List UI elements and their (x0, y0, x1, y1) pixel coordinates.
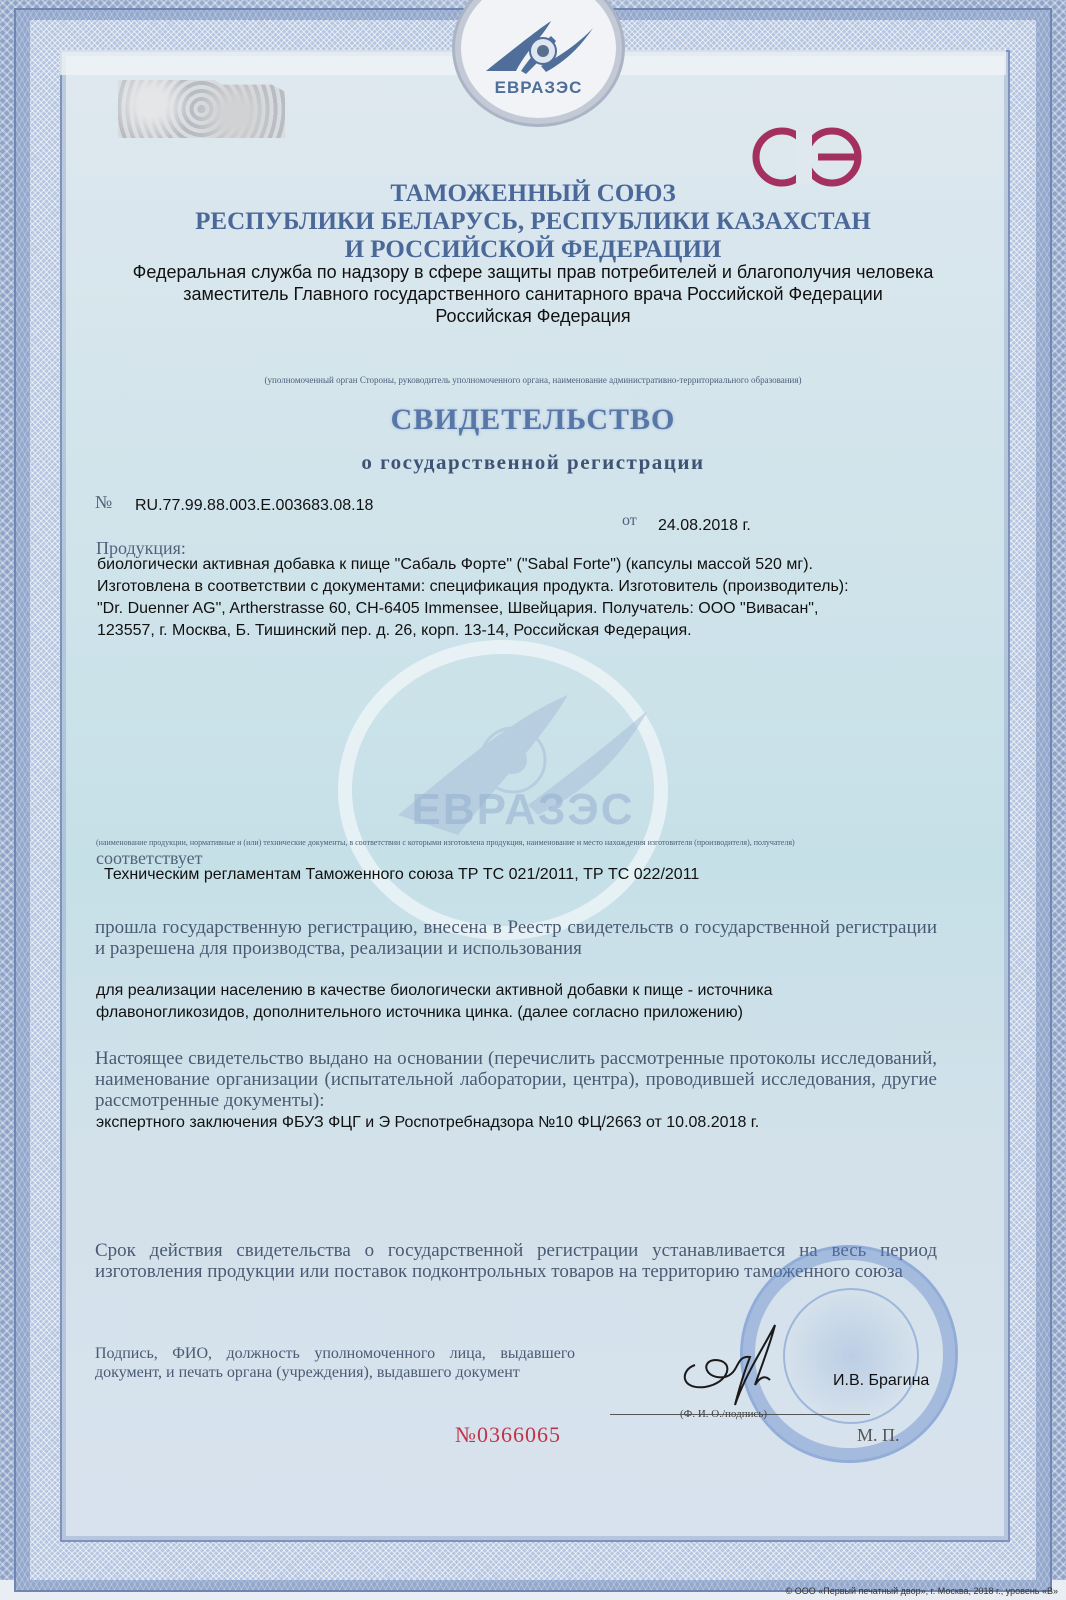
hologram-sticker (118, 80, 285, 138)
authority-line-1: Федеральная служба по надзору в сфере за… (60, 262, 1006, 283)
registration-number: RU.77.99.88.003.Е.003683.08.18 (135, 497, 373, 515)
printer-footer: © ООО «Первый печатный двор», г. Москва,… (786, 1586, 1058, 1596)
emblem-text: ЕВРАЗЭС (461, 78, 616, 98)
watermark-text: ЕВРАЗЭС (388, 785, 658, 835)
eurasec-logo-icon (481, 16, 596, 76)
product-line-2: Изготовлена в соответствии с документами… (97, 578, 849, 596)
signature-caption: Подпись, ФИО, должность уполномоченного … (95, 1344, 575, 1382)
authority-line-2: заместитель Главного государственного са… (60, 284, 1006, 305)
header-line-2: РЕСПУБЛИКИ БЕЛАРУСЬ, РЕСПУБЛИКИ КАЗАХСТА… (60, 208, 1006, 236)
header-line-1: ТАМОЖЕННЫЙ СОЮЗ (60, 180, 1006, 208)
document-title: СВИДЕТЕЛЬСТВО (60, 403, 1006, 437)
watermark-logo-icon (338, 655, 668, 885)
usage-line-2: флавоногликозидов, дополнительного источ… (96, 1004, 743, 1022)
usage-line-1: для реализации населению в качестве биол… (96, 982, 772, 1000)
stamp-label: М. П. (857, 1425, 900, 1446)
header-line-3: И РОССИЙСКОЙ ФЕДЕРАЦИИ (60, 236, 1006, 264)
authority-caption: (уполномоченный орган Стороны, руководит… (60, 375, 1006, 385)
document-subtitle: о государственной регистрации (60, 450, 1006, 475)
basis-paragraph: Настоящее свидетельство выдано на основа… (95, 1048, 937, 1111)
product-caption: (наименование продукции, нормативные и (… (96, 838, 795, 847)
signatory-name: И.В. Брагина (833, 1372, 929, 1390)
authority-line-3: Российская Федерация (60, 306, 1006, 327)
product-line-3: "Dr. Duenner AG", Artherstrasse 60, CH-6… (97, 600, 818, 618)
seal-eagle-icon (783, 1288, 919, 1424)
signature-icon (675, 1315, 795, 1415)
signature-line-caption: (Ф. И. О./подпись) (680, 1408, 767, 1420)
registration-paragraph: прошла государственную регистрацию, внес… (95, 917, 937, 959)
registration-date: 24.08.2018 г. (658, 517, 751, 535)
number-label: № (95, 492, 112, 513)
serial-number: №0366065 (455, 1422, 561, 1448)
conformity-value: Техническим регламентам Таможенного союз… (104, 866, 699, 884)
basis-value: экспертного заключения ФБУЗ ФЦГ и Э Росп… (96, 1114, 759, 1132)
product-line-1: биологически активная добавка к пище "Са… (97, 556, 813, 574)
date-label: от (622, 512, 637, 530)
product-line-4: 123557, г. Москва, Б. Тишинский пер. д. … (97, 622, 692, 640)
